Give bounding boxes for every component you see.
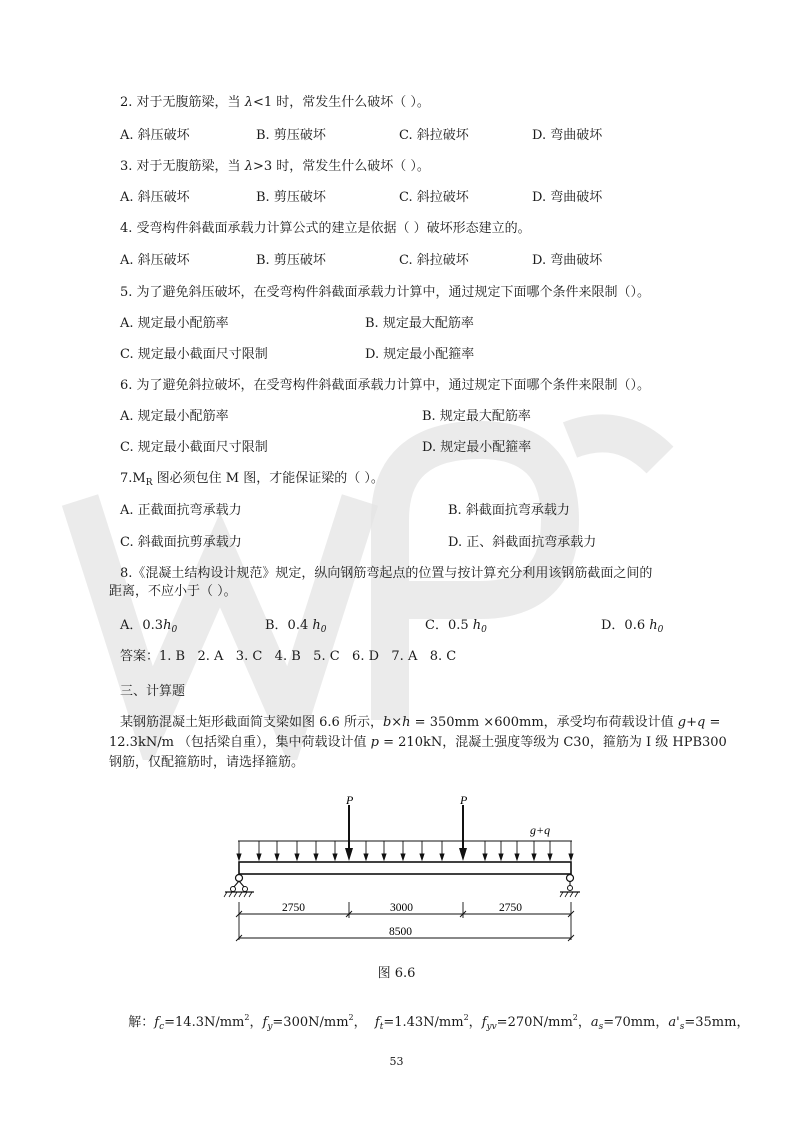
question-3-option-d: D. 弯曲破坏 xyxy=(532,190,602,206)
question-8-option-b: B．0.4 h0 xyxy=(265,618,326,638)
question-8-stem-line1: 8.《混凝土结构设计规范》规定，纵向钢筋弯起点的位置与按计算充分利用该钢筋截面之… xyxy=(120,566,652,582)
dim-left: 2750 xyxy=(282,902,305,914)
question-4-option-b: B. 剪压破坏 xyxy=(256,253,326,269)
question-2-option-d: D. 弯曲破坏 xyxy=(532,128,602,144)
load-label-left: P xyxy=(345,793,354,807)
question-7-option-d: D. 正、斜截面抗弯承载力 xyxy=(448,535,596,551)
dim-total: 8500 xyxy=(389,926,412,938)
question-7-option-a: A. 正截面抗弯承载力 xyxy=(120,503,242,519)
question-2-option-c: C. 斜拉破坏 xyxy=(399,128,469,144)
question-2-option-a: A. 斜压破坏 xyxy=(120,128,190,144)
section-heading: 三、计算题 xyxy=(120,684,185,700)
question-2-stem: 2. 对于无腹筋梁，当 λ<1 时，常发生什么破坏（ ）。 xyxy=(120,95,430,111)
question-8-option-a: A．0.3h0 xyxy=(120,618,177,638)
question-6-option-a: A. 规定最小配筋率 xyxy=(120,409,229,425)
question-4-option-a: A. 斜压破坏 xyxy=(120,253,190,269)
question-3-option-c: C. 斜拉破坏 xyxy=(399,190,469,206)
question-2-option-b: B. 剪压破坏 xyxy=(256,128,326,144)
distributed-load-label: g+q xyxy=(530,823,550,837)
question-3-option-b: B. 剪压破坏 xyxy=(256,190,326,206)
question-3-option-a: A. 斜压破坏 xyxy=(120,190,190,206)
beam-diagram-svg: P P g+q xyxy=(222,790,602,945)
question-8-stem-line2: 距离，不应小于（ ）。 xyxy=(109,584,237,600)
dim-right: 2750 xyxy=(499,902,522,914)
question-6-option-b: B. 规定最大配筋率 xyxy=(422,409,531,425)
figure-caption: 图 6.6 xyxy=(0,962,793,981)
question-5-option-c: C. 规定最小截面尺寸限制 xyxy=(120,347,268,363)
question-5-option-d: D. 规定最小配箍率 xyxy=(365,347,474,363)
beam-diagram: P P g+q xyxy=(222,790,602,945)
question-6-option-d: D. 规定最小配箍率 xyxy=(422,440,531,456)
question-8-option-c: C．0.5 h0 xyxy=(425,618,487,638)
problem-line-3: 钢筋，仅配箍筋时，请选择箍筋。 xyxy=(109,755,304,771)
question-5-stem: 5. 为了避免斜压破坏，在受弯构件斜截面承载力计算中，通过规定下面哪个条件来限制… xyxy=(120,285,650,301)
question-4-stem: 4. 受弯构件斜截面承载力计算公式的建立是依据（ ）破坏形态建立的。 xyxy=(120,221,531,237)
question-8-option-d: D．0.6 h0 xyxy=(601,618,663,638)
dim-middle: 3000 xyxy=(390,902,413,914)
question-6-option-c: C. 规定最小截面尺寸限制 xyxy=(120,440,268,456)
question-5-option-b: B. 规定最大配筋率 xyxy=(365,316,474,332)
solution-line: 解：fc=14.3N/mm2，fy=300N/mm2， ft=1.43N/mm2… xyxy=(120,994,749,1035)
question-3-stem: 3. 对于无腹筋梁，当 λ>3 时，常发生什么破坏（ ）。 xyxy=(120,159,430,175)
question-4-option-d: D. 弯曲破坏 xyxy=(532,253,602,269)
page-number: 53 xyxy=(0,1055,793,1068)
question-4-option-c: C. 斜拉破坏 xyxy=(399,253,469,269)
question-7-option-c: C. 斜截面抗剪承载力 xyxy=(120,535,242,551)
question-7-option-b: B. 斜截面抗弯承载力 xyxy=(448,503,570,519)
question-7-stem: 7.MR 图必须包住 M 图，才能保证梁的（ ）。 xyxy=(120,471,384,491)
question-5-option-a: A. 规定最小配筋率 xyxy=(120,316,229,332)
problem-line-1: 某钢筋混凝土矩形截面简支梁如图 6.6 所示，b×h = 350mm ×600m… xyxy=(120,715,720,731)
question-6-stem: 6. 为了避免斜拉破坏，在受弯构件斜截面承载力计算中，通过规定下面哪个条件来限制… xyxy=(120,378,650,394)
load-label-right: P xyxy=(459,793,468,807)
problem-line-2: 12.3kN/m （包括梁自重），集中荷载设计值 p = 210kN，混凝土强度… xyxy=(109,735,727,751)
answer-key: 答案：1. B 2. A 3. C 4. B 5. C 6. D 7. A 8.… xyxy=(120,649,456,665)
